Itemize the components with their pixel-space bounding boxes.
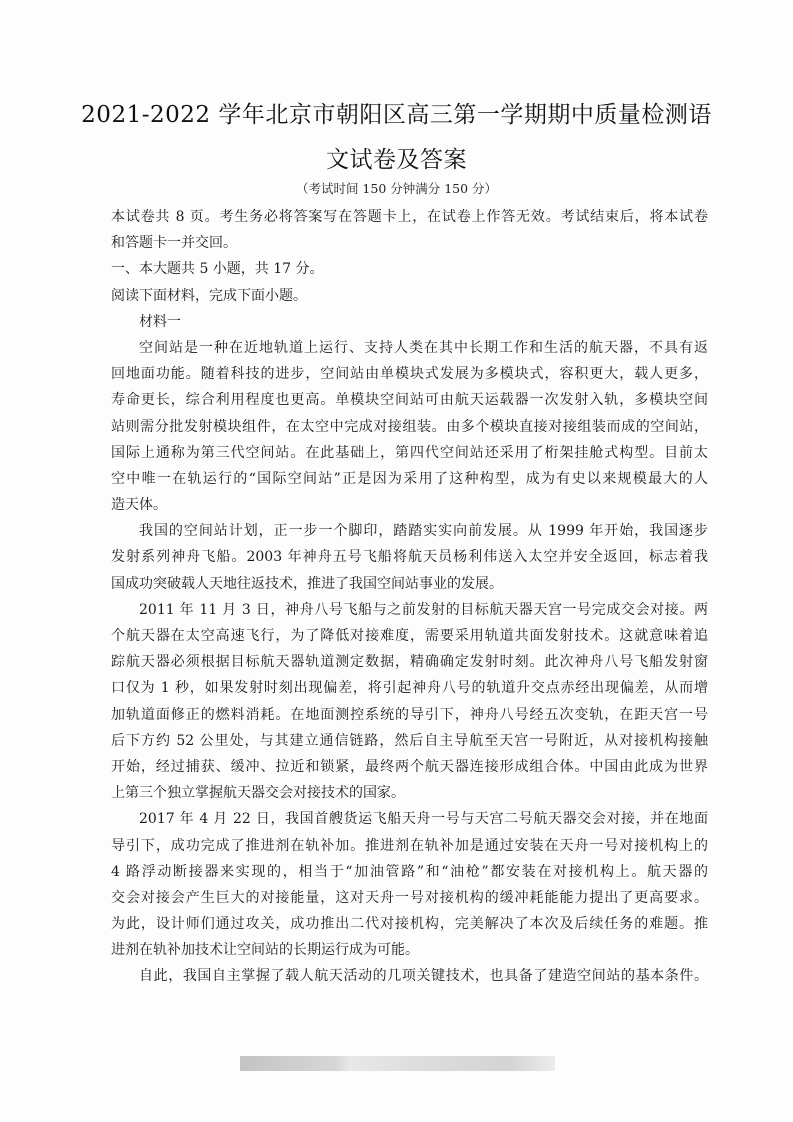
text-line: 国成功突破载人天地往返技术，推进了我国空间站事业的发展。: [111, 571, 708, 597]
text-line: 本试卷共 8 页。考生务必将答案写在答题卡上，在试卷上作答无效。考试结束后，将本…: [111, 204, 708, 230]
text-line: 4 路浮动断接器来实现的，相当于“加油管路”和“油枪”都安装在对接机构上。航天器…: [111, 859, 708, 885]
text-line: 自此，我国自主掌握了载人航天活动的几项关键技术，也具备了建造空间站的基本条件。: [111, 963, 708, 989]
text-line: 上第三个独立掌握航天器交会对接技术的国家。: [111, 780, 708, 806]
text-line: 空间站是一种在近地轨道上运行、支持人类在其中长期工作和生活的航天器，不具有返: [111, 335, 708, 361]
text-line: 2011 年 11 月 3 日，神舟八号飞船与之前发射的目标航天器天宫一号完成交…: [111, 597, 708, 623]
text-line: 发射系列神舟飞船。2003 年神舟五号飞船将航天员杨利伟送入太空并安全返回，标志…: [111, 544, 708, 570]
text-line: 阅读下面材料，完成下面小题。: [111, 283, 708, 309]
text-line: 站则需分批发射模块组件，在太空中完成对接组装。由多个模块直接对接组装而成的空间站…: [111, 414, 708, 440]
text-line: 口仅为 1 秒，如果发射时刻出现偏差，将引起神舟八号的轨道升交点赤经出现偏差，从…: [111, 675, 708, 701]
document-title-line-1: 2021-2022 学年北京市朝阳区高三第一学期期中质量检测语: [0, 96, 793, 129]
text-line: 空中唯一在轨运行的“国际空间站”正是因为采用了这种构型，成为有史以来规模最大的人: [111, 466, 708, 492]
text-line: 回地面功能。随着科技的进步，空间站由单模块式发展为多模块式，容积更大，载人更多，: [111, 361, 708, 387]
exam-time-note: （考试时间 150 分钟满分 150 分）: [0, 179, 793, 197]
text-line: 寿命更长，综合利用程度也更高。单模块空间站可由航天运载器一次发射入轨，多模块空间: [111, 387, 708, 413]
text-line: 交会对接会产生巨大的对接能量，这对天舟一号对接机构的缓冲耗能能力提出了更高要求。: [111, 885, 708, 911]
text-line: 进剂在轨补加技术让空间站的长期运行成为可能。: [111, 937, 708, 963]
text-line: 和答题卡一并交回。: [111, 230, 708, 256]
text-line: 2017 年 4 月 22 日，我国首艘货运飞船天舟一号与天宫二号航天器交会对接…: [111, 806, 708, 832]
text-line: 踪航天器必须根据目标航天器轨道测定数据，精确确定发射时刻。此次神舟八号飞船发射窗: [111, 649, 708, 675]
text-line: 后下方约 52 公里处，与其建立通信链路，然后自主导航至天宫一号附近，从对接机构…: [111, 728, 708, 754]
text-line: 材料一: [111, 309, 708, 335]
document-title-line-2: 文试卷及答案: [0, 141, 793, 174]
document-page: 2021-2022 学年北京市朝阳区高三第一学期期中质量检测语 文试卷及答案 （…: [0, 0, 793, 1122]
text-line: 个航天器在太空高速飞行，为了降低对接难度，需要采用轨道共面发射技术。这就意味着追: [111, 623, 708, 649]
document-body: 本试卷共 8 页。考生务必将答案写在答题卡上，在试卷上作答无效。考试结束后，将本…: [111, 204, 708, 990]
text-line: 造天体。: [111, 492, 708, 518]
text-line: 一、本大题共 5 小题，共 17 分。: [111, 256, 708, 282]
text-line: 我国的空间站计划，正一步一个脚印，踏踏实实向前发展。从 1999 年开始，我国逐…: [111, 518, 708, 544]
text-line: 为此，设计师们通过攻关，成功推出二代对接机构，完美解决了本次及后续任务的难题。推: [111, 911, 708, 937]
blurred-watermark: [240, 1056, 555, 1071]
text-line: 导引下，成功完成了推进剂在轨补加。推进剂在轨补加是通过安装在天舟一号对接机构上的: [111, 833, 708, 859]
text-line: 国际上通称为第三代空间站。在此基础上，第四代空间站还采用了桁架挂舱式构型。目前太: [111, 440, 708, 466]
text-line: 开始，经过捕获、缓冲、拉近和锁紧，最终两个航天器连接形成组合体。中国由此成为世界: [111, 754, 708, 780]
text-line: 加轨道面修正的燃料消耗。在地面测控系统的导引下，神舟八号经五次变轨，在距天宫一号: [111, 702, 708, 728]
